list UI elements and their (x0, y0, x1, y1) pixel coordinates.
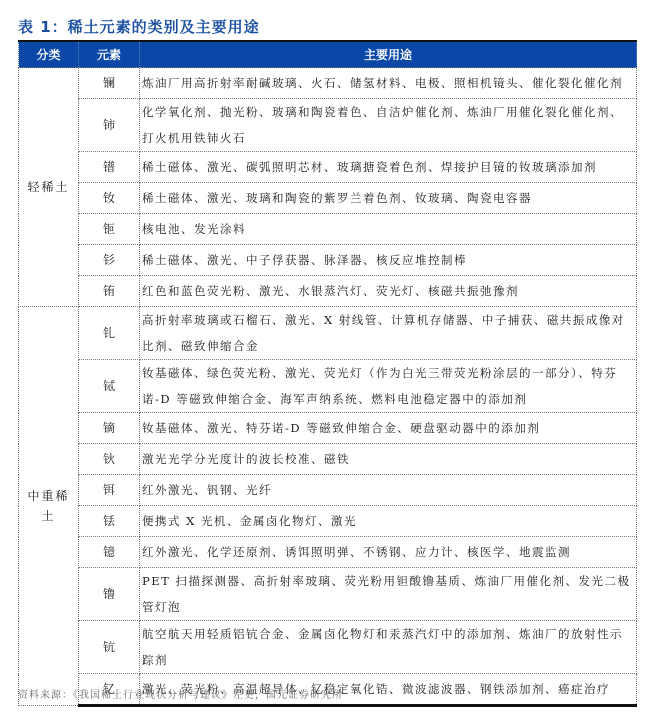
cropped-previous-text (18, 0, 348, 4)
element-cell: 钐 (79, 245, 140, 276)
table-row: 铽 钕基磁体、绿色荧光粉、激光、荧光灯（作为白光三带荧光粉涂层的一部分）、特芬诺… (19, 360, 637, 413)
category-heavy: 中重稀土 (19, 307, 79, 706)
table-row: 钕 稀土磁体、激光、玻璃和陶瓷的紫罗兰着色剂、钕玻璃、陶瓷电容器 (19, 183, 637, 214)
header-uses: 主要用途 (140, 41, 637, 68)
uses-cell: 红外激光、化学还原剂、诱饵照明弹、不锈钢、应力计、核医学、地震监测 (140, 537, 637, 568)
element-cell: 铥 (79, 506, 140, 537)
table-title: 表 1：稀土元素的类别及主要用途 (18, 16, 260, 37)
table-row: 铈 化学氧化剂、抛光粉、玻璃和陶瓷着色、自洁炉催化剂、炼油厂用催化裂化催化剂、打… (19, 99, 637, 152)
uses-cell: 红色和蓝色荧光粉、激光、水银蒸汽灯、荧光灯、核磁共振弛豫剂 (140, 276, 637, 307)
uses-cell: 炼油厂用高折射率耐碱玻璃、火石、储氢材料、电极、照相机镜头、催化裂化催化剂 (140, 68, 637, 99)
table-row: 镱 红外激光、化学还原剂、诱饵照明弹、不锈钢、应力计、核医学、地震监测 (19, 537, 637, 568)
table-row: 镨 稀土磁体、激光、碳弧照明芯材、玻璃搪瓷着色剂、焊接护目镜的钕玻璃添加剂 (19, 152, 637, 183)
element-cell: 铈 (79, 99, 140, 152)
element-cell: 钪 (79, 621, 140, 674)
table-row: 钷 核电池、发光涂料 (19, 214, 637, 245)
header-element: 元素 (79, 41, 140, 68)
source-note: 资料来源：《我国稀土行业现状分析与建议》左更，国元证券研究所 (18, 686, 343, 701)
uses-cell: 钕基磁体、激光、特芬诺-D 等磁致伸缩合金、硬盘驱动器中的添加剂 (140, 413, 637, 444)
rare-earth-table: 分类 元素 主要用途 轻稀土 镧 炼油厂用高折射率耐碱玻璃、火石、储氢材料、电极… (18, 40, 637, 707)
table-row: 中重稀土 钆 高折射率玻璃或石榴石、激光、X 射线管、计算机存储器、中子捕获、磁… (19, 307, 637, 360)
element-cell: 钬 (79, 444, 140, 475)
table-row: 铕 红色和蓝色荧光粉、激光、水银蒸汽灯、荧光灯、核磁共振弛豫剂 (19, 276, 637, 307)
element-cell: 镧 (79, 68, 140, 99)
element-cell: 铽 (79, 360, 140, 413)
table-row: 钪 航空航天用轻质铝钪合金、金属卤化物灯和汞蒸汽灯中的添加剂、炼油厂的放射性示踪… (19, 621, 637, 674)
uses-cell: 便携式 X 光机、金属卤化物灯、激光 (140, 506, 637, 537)
element-cell: 镝 (79, 413, 140, 444)
table-row: 钬 激光光学分光度计的波长校准、磁铁 (19, 444, 637, 475)
table-header-row: 分类 元素 主要用途 (19, 41, 637, 68)
table-row: 镥 PET 扫描探测器、高折射率玻璃、荧光粉用钽酸镥基质、炼油厂用催化剂、发光二… (19, 568, 637, 621)
uses-cell: 高折射率玻璃或石榴石、激光、X 射线管、计算机存储器、中子捕获、磁共振成像对比剂… (140, 307, 637, 360)
element-cell: 铕 (79, 276, 140, 307)
element-cell: 镥 (79, 568, 140, 621)
table-row: 铒 红外激光、钒钢、光纤 (19, 475, 637, 506)
uses-cell: 核电池、发光涂料 (140, 214, 637, 245)
element-cell: 铒 (79, 475, 140, 506)
table-row: 镝 钕基磁体、激光、特芬诺-D 等磁致伸缩合金、硬盘驱动器中的添加剂 (19, 413, 637, 444)
uses-cell: 航空航天用轻质铝钪合金、金属卤化物灯和汞蒸汽灯中的添加剂、炼油厂的放射性示踪剂 (140, 621, 637, 674)
header-category: 分类 (19, 41, 79, 68)
uses-cell: 稀土磁体、激光、碳弧照明芯材、玻璃搪瓷着色剂、焊接护目镜的钕玻璃添加剂 (140, 152, 637, 183)
element-cell: 钕 (79, 183, 140, 214)
uses-cell: 红外激光、钒钢、光纤 (140, 475, 637, 506)
uses-cell: 稀土磁体、激光、中子俘获器、脉泽器、核反应堆控制棒 (140, 245, 637, 276)
uses-cell: 化学氧化剂、抛光粉、玻璃和陶瓷着色、自洁炉催化剂、炼油厂用催化裂化催化剂、打火机… (140, 99, 637, 152)
table-row: 铥 便携式 X 光机、金属卤化物灯、激光 (19, 506, 637, 537)
element-cell: 镱 (79, 537, 140, 568)
uses-cell: 稀土磁体、激光、玻璃和陶瓷的紫罗兰着色剂、钕玻璃、陶瓷电容器 (140, 183, 637, 214)
category-light: 轻稀土 (19, 68, 79, 307)
uses-cell: PET 扫描探测器、高折射率玻璃、荧光粉用钽酸镥基质、炼油厂用催化剂、发光二极管… (140, 568, 637, 621)
element-cell: 钷 (79, 214, 140, 245)
table-row: 钐 稀土磁体、激光、中子俘获器、脉泽器、核反应堆控制棒 (19, 245, 637, 276)
table-row: 轻稀土 镧 炼油厂用高折射率耐碱玻璃、火石、储氢材料、电极、照相机镜头、催化裂化… (19, 68, 637, 99)
element-cell: 钆 (79, 307, 140, 360)
uses-cell: 激光光学分光度计的波长校准、磁铁 (140, 444, 637, 475)
element-cell: 镨 (79, 152, 140, 183)
uses-cell: 钕基磁体、绿色荧光粉、激光、荧光灯（作为白光三带荧光粉涂层的一部分）、特芬诺-D… (140, 360, 637, 413)
